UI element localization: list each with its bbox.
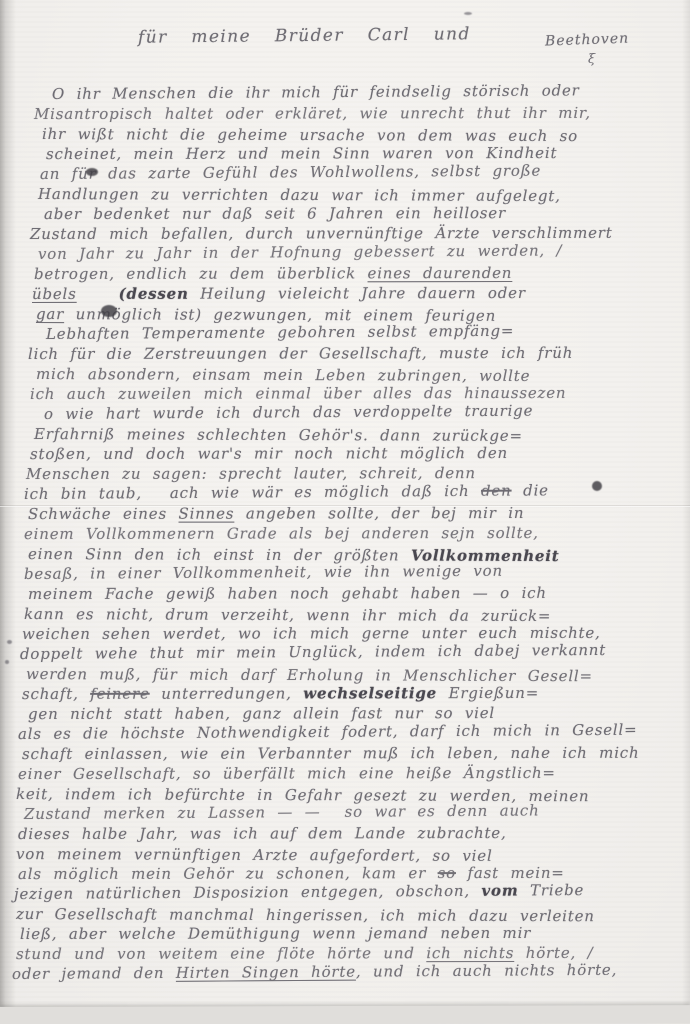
- text-segment: ich bin taub,: [24, 484, 142, 503]
- manuscript-line: Schwäche eines Sinnes angeben sollte, de…: [28, 503, 690, 524]
- text-segment: einem Vollkommenern Grade als bej andere…: [24, 524, 539, 543]
- text-segment: schaft einlassen, wie ein Verbannter muß…: [22, 744, 640, 763]
- text-segment: Schwäche eines: [28, 505, 179, 523]
- page-bottom-edge-shadow: [0, 1005, 690, 1024]
- text-segment: unterredungen,: [150, 684, 304, 702]
- word-gap: [142, 497, 170, 498]
- ink-speck: [7, 640, 12, 644]
- manuscript-line: einem Vollkommenern Grade als bej andere…: [24, 523, 690, 544]
- text-segment: stund und von weitem eine flöte hörte un…: [16, 944, 426, 963]
- manuscript-line: ich bin taub,ach wie wär es möglich daß …: [24, 479, 690, 504]
- text-segment: Sinnes: [178, 505, 234, 523]
- text-segment: als es die höchste Nothwendigkeit fodert…: [18, 721, 638, 743]
- text-segment: Ergießun=: [437, 684, 539, 702]
- text-segment: angeben sollte, der bej mir in: [234, 504, 524, 523]
- manuscript-line: stoßen, und doch war's mir noch nicht mö…: [30, 443, 690, 464]
- word-gap: [321, 816, 345, 817]
- text-segment: von Jahr zu Jahr in der Hofnung gebesser…: [38, 241, 563, 263]
- text-segment: , und ich auch nichts hörte,: [356, 961, 617, 981]
- text-segment: schaft,: [22, 685, 90, 703]
- manuscript-line: an für das zarte Gefühl des Wohlwollens,…: [40, 159, 690, 184]
- manuscript-line: O ihr Menschen die ihr mich für feindsel…: [52, 84, 690, 104]
- manuscript-line: o wie hart wurde ich durch das verdoppel…: [44, 399, 690, 424]
- ink-speck: [464, 12, 472, 15]
- text-segment: so: [438, 864, 456, 882]
- ink-blot: [101, 305, 117, 317]
- manuscript-body: O ihr Menschen die ihr mich für feindsel…: [0, 84, 690, 990]
- text-segment: betrogen, endlich zu dem überblick: [34, 264, 368, 283]
- text-segment: ich nichts: [426, 944, 514, 962]
- text-segment: Handlungen zu verrichten dazu war ich im…: [38, 185, 561, 205]
- signature-flourish: ξ: [588, 52, 595, 67]
- manuscript-line: doppelt wehe thut mir mein Unglück, inde…: [20, 639, 690, 664]
- text-segment: jezigen natürlichen Disposizion entgegen…: [14, 882, 482, 903]
- manuscript-line: einer Gesellschaft, so überfällt mich ei…: [18, 763, 690, 784]
- text-segment: dieses halbe Jahr, was ich auf dem Lande…: [18, 824, 507, 843]
- text-segment: aber bedenket nur daß seit 6 Jahren ein …: [44, 204, 506, 223]
- text-segment: besaß, in einer Vollkommenheit, wie ihn …: [24, 562, 503, 583]
- manuscript-line: ließ, aber welche Demüthigung wenn jeman…: [20, 923, 690, 944]
- text-segment: eines daurenden: [367, 264, 512, 282]
- text-segment: (dessen: [119, 285, 189, 303]
- writer-name-text: Beethoven: [545, 31, 630, 50]
- text-segment: als möglich mein Gehör zu schonen, kam e…: [18, 864, 438, 883]
- text-segment: vom: [481, 881, 518, 899]
- manuscript-line: als es die höchste Nothwendigkeit fodert…: [18, 719, 690, 744]
- text-segment: meinem Fache gewiß haben noch gehabt hab…: [28, 584, 547, 603]
- text-segment: Triebe: [518, 881, 584, 899]
- ink-speck: [5, 660, 9, 664]
- text-segment: doppelt wehe thut mir mein Unglück, inde…: [20, 641, 606, 663]
- text-segment: so war es denn auch: [344, 801, 539, 820]
- manuscript-line: schaft einlassen, wie ein Verbannter muß…: [22, 743, 690, 764]
- text-segment: den: [481, 482, 512, 500]
- manuscript-line: aber bedenket nur daß seit 6 Jahren ein …: [44, 203, 690, 224]
- text-segment: übels: [32, 285, 77, 303]
- text-segment: stoßen, und doch war's mir noch nicht mö…: [30, 444, 508, 463]
- word-gap: [77, 298, 119, 299]
- text-segment: wechselseitige: [303, 684, 437, 702]
- manuscript-line: betrogen, endlich zu dem überblick eines…: [34, 263, 690, 284]
- text-segment: mich absondern, einsam mein Leben zubrin…: [36, 365, 530, 385]
- text-segment: Lebhaften Temperamente gebohren selbst e…: [46, 322, 514, 343]
- text-segment: ließ, aber welche Demüthigung wenn jeman…: [20, 924, 531, 943]
- text-segment: Erfahrniß meines schlechten Gehör's. dan…: [34, 425, 523, 445]
- manuscript-line: dieses halbe Jahr, was ich auf dem Lande…: [18, 823, 690, 844]
- manuscript-line: Misantropisch haltet oder erkläret, wie …: [34, 103, 690, 124]
- manuscript-line: übels(dessen Heilung vieleicht Jahre dau…: [32, 283, 690, 304]
- text-segment: O ihr Menschen die ihr mich für feindsel…: [52, 84, 580, 103]
- manuscript-line: jezigen natürlichen Disposizion entgegen…: [14, 879, 690, 904]
- ink-blot: [86, 168, 98, 176]
- text-segment: Heilung vieleicht Jahre dauern oder: [189, 284, 526, 303]
- text-segment: o wie hart wurde ich durch das verdoppel…: [44, 402, 533, 423]
- scanned-manuscript-page: { "page": { "header": { "dedication": "f…: [0, 0, 690, 1024]
- text-segment: gar: [36, 305, 64, 323]
- text-segment: Misantropisch haltet oder erkläret, wie …: [34, 104, 591, 123]
- dedication-text: für meine Brüder Carl und: [138, 24, 471, 47]
- text-segment: von meinem vernünftigen Arzte aufgeforde…: [16, 845, 493, 865]
- text-segment: feinere: [90, 685, 149, 703]
- manuscript-line: Zustand merken zu Lassen — —so war es de…: [24, 799, 690, 824]
- manuscript-line: Lebhaften Temperamente gebohren selbst e…: [46, 320, 690, 344]
- manuscript-line: besaß, in einer Vollkommenheit, wie ihn …: [24, 559, 690, 584]
- manuscript-line: lich für die Zerstreuungen der Gesellsch…: [28, 343, 690, 364]
- text-segment: Menschen zu sagen: sprecht lauter, schre…: [26, 464, 476, 483]
- manuscript-line: von Jahr zu Jahr in der Hofnung gebesser…: [38, 239, 690, 264]
- text-segment: lich für die Zerstreuungen der Gesellsch…: [28, 344, 573, 363]
- text-segment: ihr wißt nicht die geheime ursache von d…: [42, 125, 578, 145]
- manuscript-line: oder jemand den Hirten Singen hörte, und…: [12, 959, 690, 984]
- text-segment: Zustand merken zu Lassen — —: [24, 803, 321, 823]
- text-segment: oder jemand den: [12, 964, 176, 983]
- text-segment: einer Gesellschaft, so überfällt mich ei…: [18, 764, 556, 783]
- manuscript-header: für meine Brüder Carl und Beethoven ξ: [0, 18, 690, 70]
- manuscript-line: meinem Fache gewiß haben noch gehabt hab…: [28, 583, 690, 604]
- text-segment: gen nicht statt haben, ganz allein fast …: [28, 704, 495, 723]
- text-segment: ach wie wär es möglich daß ich: [170, 482, 481, 502]
- ink-blot: [592, 481, 602, 491]
- manuscript-line: schaft, feinere unterredungen, wechselse…: [22, 683, 690, 704]
- text-segment: die: [512, 481, 549, 499]
- text-segment: kann es nicht, drum verzeiht, wenn ihr m…: [24, 605, 551, 625]
- text-segment: Hirten Singen hörte: [176, 963, 356, 982]
- text-segment: an für das zarte Gefühl des Wohlwollens,…: [40, 162, 541, 183]
